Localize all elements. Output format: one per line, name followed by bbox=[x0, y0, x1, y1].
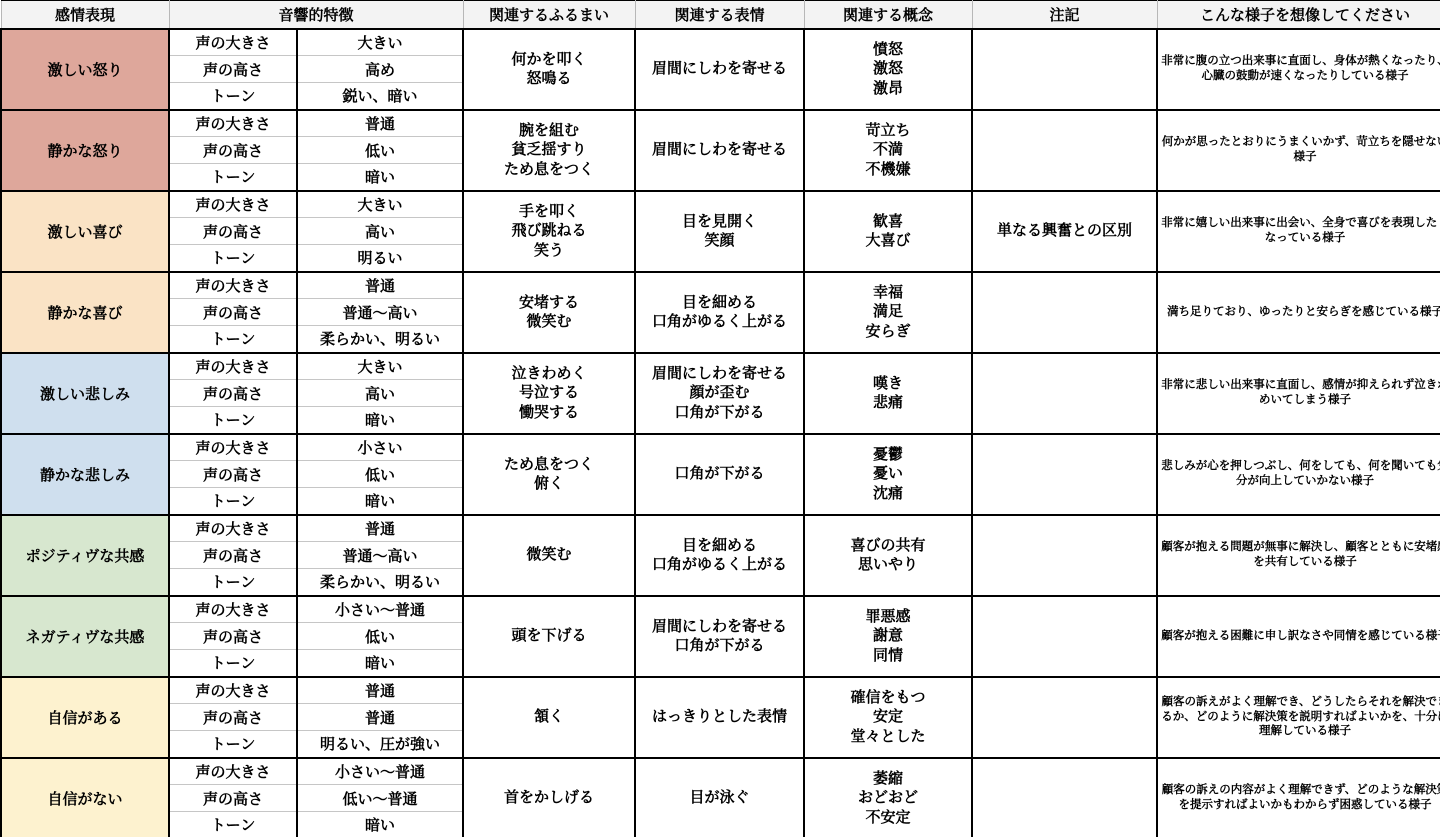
expression-cell: 眉間にしわを寄せる bbox=[635, 110, 804, 191]
concept-cell: 歓喜 大喜び bbox=[804, 191, 972, 272]
acoustic-value-cell: 明るい bbox=[297, 245, 463, 272]
acoustic-label-cell: 声の大きさ bbox=[169, 677, 297, 704]
imagine-cell: 非常に嬉しい出来事に出会い、全身で喜びを表現したくなっている様子 bbox=[1157, 191, 1440, 272]
behavior-cell: 何かを叩く 怒鳴る bbox=[463, 29, 635, 110]
acoustic-value-cell: 明るい、圧が強い bbox=[297, 731, 463, 758]
concept-cell: 嘆き 悲痛 bbox=[804, 353, 972, 434]
table-row: 静かな喜び 声の大きさ 普通 安堵する 微笑む 目を細める 口角がゆるく上がる … bbox=[1, 272, 1440, 299]
acoustic-value-cell: 暗い bbox=[297, 164, 463, 191]
table-row: 自信がある 声の大きさ 普通 頷く はっきりとした表情 確信をもつ 安定 堂々と… bbox=[1, 677, 1440, 704]
acoustic-label-cell: 声の高さ bbox=[169, 542, 297, 569]
acoustic-label-cell: 声の大きさ bbox=[169, 110, 297, 137]
acoustic-value-cell: 普通 bbox=[297, 272, 463, 299]
acoustic-value-cell: 暗い bbox=[297, 650, 463, 677]
acoustic-label-cell: トーン bbox=[169, 407, 297, 434]
concept-cell: 萎縮 おどおど 不安定 bbox=[804, 758, 972, 837]
header-note: 注記 bbox=[972, 1, 1157, 29]
header-concept: 関連する概念 bbox=[804, 1, 972, 29]
header-expression: 関連する表情 bbox=[635, 1, 804, 29]
behavior-cell: 腕を組む 貧乏揺すり ため息をつく bbox=[463, 110, 635, 191]
acoustic-label-cell: 声の高さ bbox=[169, 137, 297, 164]
acoustic-value-cell: 小さい〜普通 bbox=[297, 596, 463, 623]
imagine-cell: 顧客の訴えの内容がよく理解できず、どのような解決策を提示すればよいかもわからず困… bbox=[1157, 758, 1440, 837]
acoustic-label-cell: トーン bbox=[169, 164, 297, 191]
acoustic-label-cell: 声の高さ bbox=[169, 380, 297, 407]
emotion-cell: 静かな怒り bbox=[1, 110, 169, 191]
acoustic-value-cell: 普通 bbox=[297, 704, 463, 731]
behavior-cell: 頭を下げる bbox=[463, 596, 635, 677]
imagine-cell: 非常に悲しい出来事に直面し、感情が抑えられず泣きわめいてしまう様子 bbox=[1157, 353, 1440, 434]
imagine-cell: 非常に腹の立つ出来事に直面し、身体が熱くなったり、心臓の鼓動が速くなったりしてい… bbox=[1157, 29, 1440, 110]
emotion-cell: 自信がある bbox=[1, 677, 169, 758]
imagine-cell: 悲しみが心を押しつぶし、何をしても、何を聞いても気分が向上していかない様子 bbox=[1157, 434, 1440, 515]
table-row: 静かな怒り 声の大きさ 普通 腕を組む 貧乏揺すり ため息をつく 眉間にしわを寄… bbox=[1, 110, 1440, 137]
emotion-table: 感情表現 音響的特徴 関連するふるまい 関連する表情 関連する概念 注記 こんな… bbox=[0, 0, 1440, 837]
imagine-cell: 顧客が抱える困難に申し訳なさや同情を感じている様子 bbox=[1157, 596, 1440, 677]
acoustic-value-cell: 普通〜高い bbox=[297, 299, 463, 326]
emotion-cell: 激しい喜び bbox=[1, 191, 169, 272]
acoustic-label-cell: 声の高さ bbox=[169, 704, 297, 731]
acoustic-label-cell: トーン bbox=[169, 245, 297, 272]
behavior-cell: 首をかしげる bbox=[463, 758, 635, 837]
imagine-cell: 何かが思ったとおりにうまくいかず、苛立ちを隠せない様子 bbox=[1157, 110, 1440, 191]
table-row: 激しい怒り 声の大きさ 大きい 何かを叩く 怒鳴る 眉間にしわを寄せる 憤怒 激… bbox=[1, 29, 1440, 56]
emotion-cell: 静かな喜び bbox=[1, 272, 169, 353]
note-cell: 単なる興奮との区別 bbox=[972, 191, 1157, 272]
acoustic-value-cell: 高い bbox=[297, 380, 463, 407]
acoustic-value-cell: 小さい bbox=[297, 434, 463, 461]
acoustic-value-cell: 暗い bbox=[297, 488, 463, 515]
concept-cell: 憤怒 激怒 激昂 bbox=[804, 29, 972, 110]
header-acoustic: 音響的特徴 bbox=[169, 1, 463, 29]
acoustic-value-cell: 低い bbox=[297, 461, 463, 488]
imagine-cell: 顧客の訴えがよく理解でき、どうしたらそれを解決できるか、どのように解決策を説明す… bbox=[1157, 677, 1440, 758]
expression-cell: 目が泳ぐ bbox=[635, 758, 804, 837]
acoustic-label-cell: 声の大きさ bbox=[169, 515, 297, 542]
header-row: 感情表現 音響的特徴 関連するふるまい 関連する表情 関連する概念 注記 こんな… bbox=[1, 1, 1440, 29]
acoustic-value-cell: 大きい bbox=[297, 191, 463, 218]
concept-cell: 喜びの共有 思いやり bbox=[804, 515, 972, 596]
emotion-cell: 激しい怒り bbox=[1, 29, 169, 110]
imagine-cell: 顧客が抱える問題が無事に解決し、顧客とともに安堵感を共有している様子 bbox=[1157, 515, 1440, 596]
note-cell bbox=[972, 29, 1157, 110]
expression-cell: 眉間にしわを寄せる 顔が歪む 口角が下がる bbox=[635, 353, 804, 434]
acoustic-value-cell: 低い〜普通 bbox=[297, 785, 463, 812]
note-cell bbox=[972, 434, 1157, 515]
acoustic-value-cell: 鋭い、暗い bbox=[297, 83, 463, 110]
behavior-cell: 手を叩く 飛び跳ねる 笑う bbox=[463, 191, 635, 272]
acoustic-value-cell: 小さい〜普通 bbox=[297, 758, 463, 785]
behavior-cell: 微笑む bbox=[463, 515, 635, 596]
acoustic-value-cell: 低い bbox=[297, 137, 463, 164]
acoustic-value-cell: 普通〜高い bbox=[297, 542, 463, 569]
concept-cell: 苛立ち 不満 不機嫌 bbox=[804, 110, 972, 191]
acoustic-label-cell: 声の大きさ bbox=[169, 29, 297, 56]
acoustic-label-cell: トーン bbox=[169, 812, 297, 837]
behavior-cell: 安堵する 微笑む bbox=[463, 272, 635, 353]
acoustic-value-cell: 高め bbox=[297, 56, 463, 83]
concept-cell: 確信をもつ 安定 堂々とした bbox=[804, 677, 972, 758]
emotion-cell: 静かな悲しみ bbox=[1, 434, 169, 515]
table-row: 激しい悲しみ 声の大きさ 大きい 泣きわめく 号泣する 慟哭する 眉間にしわを寄… bbox=[1, 353, 1440, 380]
acoustic-value-cell: 暗い bbox=[297, 812, 463, 837]
concept-cell: 幸福 満足 安らぎ bbox=[804, 272, 972, 353]
acoustic-value-cell: 普通 bbox=[297, 515, 463, 542]
expression-cell: はっきりとした表情 bbox=[635, 677, 804, 758]
emotion-cell: ポジティヴな共感 bbox=[1, 515, 169, 596]
header-imagine: こんな様子を想像してください bbox=[1157, 1, 1440, 29]
emotion-cell: ネガティヴな共感 bbox=[1, 596, 169, 677]
acoustic-label-cell: トーン bbox=[169, 83, 297, 110]
acoustic-label-cell: トーン bbox=[169, 569, 297, 596]
behavior-cell: 頷く bbox=[463, 677, 635, 758]
note-cell bbox=[972, 677, 1157, 758]
acoustic-label-cell: 声の高さ bbox=[169, 218, 297, 245]
acoustic-label-cell: 声の高さ bbox=[169, 461, 297, 488]
acoustic-value-cell: 普通 bbox=[297, 677, 463, 704]
table-row: 静かな悲しみ 声の大きさ 小さい ため息をつく 俯く 口角が下がる 憂鬱 憂い … bbox=[1, 434, 1440, 461]
emotion-cell: 自信がない bbox=[1, 758, 169, 837]
note-cell bbox=[972, 758, 1157, 837]
acoustic-value-cell: 大きい bbox=[297, 29, 463, 56]
acoustic-label-cell: 声の大きさ bbox=[169, 758, 297, 785]
imagine-cell: 満ち足りており、ゆったりと安らぎを感じている様子 bbox=[1157, 272, 1440, 353]
expression-cell: 眉間にしわを寄せる bbox=[635, 29, 804, 110]
table-body: 激しい怒り 声の大きさ 大きい 何かを叩く 怒鳴る 眉間にしわを寄せる 憤怒 激… bbox=[1, 29, 1440, 837]
acoustic-label-cell: 声の大きさ bbox=[169, 272, 297, 299]
concept-cell: 憂鬱 憂い 沈痛 bbox=[804, 434, 972, 515]
acoustic-value-cell: 大きい bbox=[297, 353, 463, 380]
header-behavior: 関連するふるまい bbox=[463, 1, 635, 29]
expression-cell: 口角が下がる bbox=[635, 434, 804, 515]
acoustic-label-cell: 声の高さ bbox=[169, 56, 297, 83]
table-row: 自信がない 声の大きさ 小さい〜普通 首をかしげる 目が泳ぐ 萎縮 おどおど 不… bbox=[1, 758, 1440, 785]
table-row: ポジティヴな共感 声の大きさ 普通 微笑む 目を細める 口角がゆるく上がる 喜び… bbox=[1, 515, 1440, 542]
acoustic-label-cell: 声の大きさ bbox=[169, 596, 297, 623]
expression-cell: 目を細める 口角がゆるく上がる bbox=[635, 515, 804, 596]
acoustic-label-cell: 声の高さ bbox=[169, 299, 297, 326]
expression-cell: 目を見開く 笑顔 bbox=[635, 191, 804, 272]
acoustic-label-cell: 声の高さ bbox=[169, 785, 297, 812]
acoustic-label-cell: トーン bbox=[169, 326, 297, 353]
acoustic-label-cell: 声の大きさ bbox=[169, 191, 297, 218]
acoustic-value-cell: 暗い bbox=[297, 407, 463, 434]
acoustic-label-cell: トーン bbox=[169, 731, 297, 758]
emotion-cell: 激しい悲しみ bbox=[1, 353, 169, 434]
acoustic-label-cell: 声の大きさ bbox=[169, 353, 297, 380]
acoustic-value-cell: 柔らかい、明るい bbox=[297, 569, 463, 596]
note-cell bbox=[972, 110, 1157, 191]
header-emotion: 感情表現 bbox=[1, 1, 169, 29]
expression-cell: 眉間にしわを寄せる 口角が下がる bbox=[635, 596, 804, 677]
acoustic-value-cell: 柔らかい、明るい bbox=[297, 326, 463, 353]
table-row: 激しい喜び 声の大きさ 大きい 手を叩く 飛び跳ねる 笑う 目を見開く 笑顔 歓… bbox=[1, 191, 1440, 218]
acoustic-value-cell: 高い bbox=[297, 218, 463, 245]
expression-cell: 目を細める 口角がゆるく上がる bbox=[635, 272, 804, 353]
acoustic-value-cell: 普通 bbox=[297, 110, 463, 137]
acoustic-label-cell: トーン bbox=[169, 488, 297, 515]
acoustic-label-cell: 声の大きさ bbox=[169, 434, 297, 461]
note-cell bbox=[972, 596, 1157, 677]
note-cell bbox=[972, 515, 1157, 596]
acoustic-label-cell: トーン bbox=[169, 650, 297, 677]
table-row: ネガティヴな共感 声の大きさ 小さい〜普通 頭を下げる 眉間にしわを寄せる 口角… bbox=[1, 596, 1440, 623]
note-cell bbox=[972, 353, 1157, 434]
behavior-cell: ため息をつく 俯く bbox=[463, 434, 635, 515]
acoustic-label-cell: 声の高さ bbox=[169, 623, 297, 650]
acoustic-value-cell: 低い bbox=[297, 623, 463, 650]
note-cell bbox=[972, 272, 1157, 353]
concept-cell: 罪悪感 謝意 同情 bbox=[804, 596, 972, 677]
behavior-cell: 泣きわめく 号泣する 慟哭する bbox=[463, 353, 635, 434]
